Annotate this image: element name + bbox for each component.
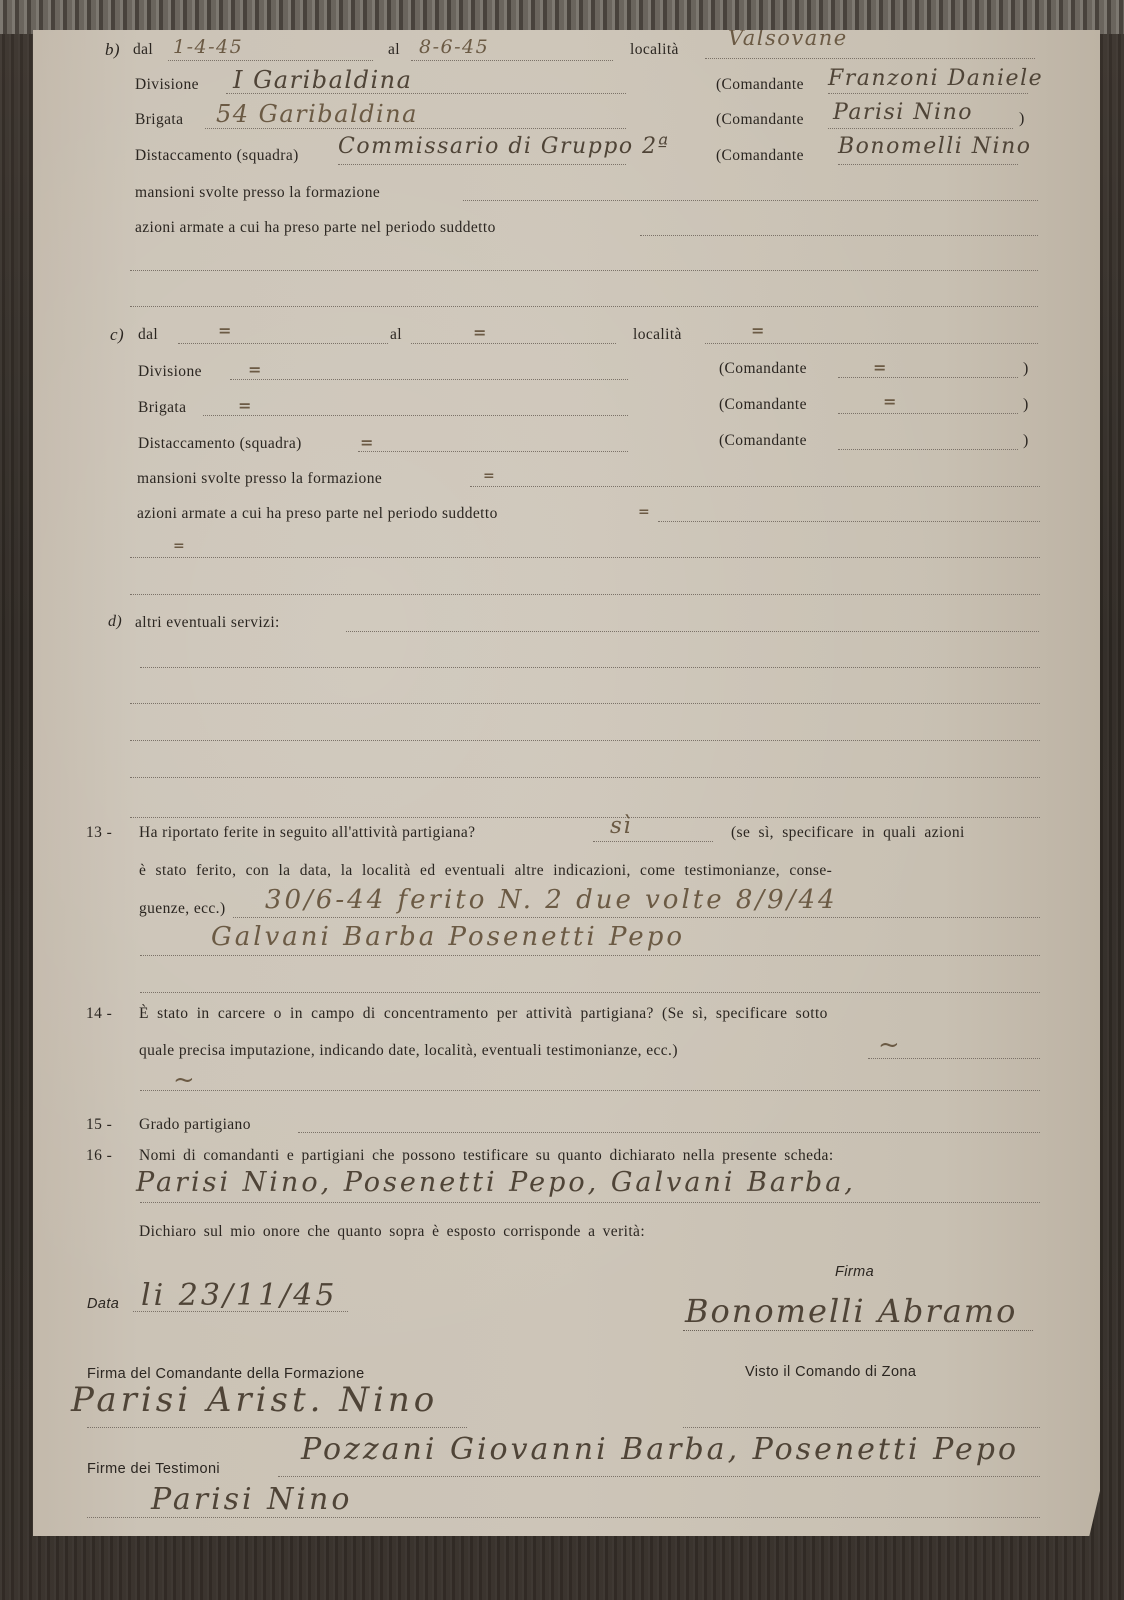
section-b-dal-label: dal [133,41,153,59]
q13-handwritten-line-1: 30/6-44 ferito N. 2 due volte 8/9/44 [265,885,838,915]
section-c-divisione-comandante-value: = [873,358,888,377]
section-d-line-6[interactable] [130,817,1040,818]
section-b-brigata-comandante-field[interactable] [828,128,1013,129]
section-b-distaccamento-label: Distaccamento (squadra) [135,147,299,165]
section-b-divisione-label: Divisione [135,76,199,94]
section-b-al-field[interactable] [411,60,613,61]
section-c-azioni-label: azioni armate a cui ha preso parte nel p… [137,505,498,523]
section-c-brigata-value: = [238,396,253,415]
closing-paren: ) [1019,110,1024,128]
section-c-divisione-label: Divisione [138,363,202,381]
section-b-marker: b) [105,40,120,60]
section-c-distaccamento-comandante-field[interactable] [838,449,1018,450]
section-b-distaccamento-field[interactable] [338,164,626,165]
section-b-dal-value: 1-4-45 [173,36,243,58]
visto-comando-zona-field[interactable] [683,1427,1040,1428]
q13-answer: sì [610,813,632,839]
q13-answer-field[interactable] [593,841,713,842]
section-c-distaccamento-value: = [360,433,375,452]
q13-question-line-2: è stato ferito, con la data, la località… [139,862,832,880]
section-c-azioni-field[interactable] [658,521,1040,522]
q13-handwritten-line-2: Galvani Barba Posenetti Pepo [211,922,685,952]
section-b-divisione-comandante-label: (Comandante [716,76,804,94]
section-c-brigata-comandante-value: = [883,392,898,411]
closing-paren: ) [1023,396,1028,414]
section-c-azioni-extra-value: = [173,538,186,554]
q14-number: 14 - [86,1005,112,1023]
section-c-distaccamento-comandante-label: (Comandante [719,432,807,450]
section-b-azioni-line-3[interactable] [130,306,1038,307]
section-b-distaccamento-comandante-field[interactable] [838,164,1018,165]
section-b-azioni-field[interactable] [640,235,1038,236]
section-b-brigata-comandante-value: Parisi Nino [833,100,973,125]
section-b-distaccamento-comandante-value: Bonomelli Nino [838,134,1032,159]
section-c-divisione-comandante-field[interactable] [838,377,1018,378]
section-c-localita-field[interactable] [705,343,1038,344]
data-value: li 23/11/45 [141,1278,337,1313]
section-c-localita-value: = [751,321,766,340]
section-b-distaccamento-comandante-label: (Comandante [716,147,804,165]
section-b-al-value: 8-6-45 [419,36,489,58]
section-c-brigata-comandante-field[interactable] [838,413,1018,414]
q13-details-line-2[interactable] [140,955,1040,956]
q13-details-line-3[interactable] [140,992,1040,993]
section-c-distaccamento-label: Distaccamento (squadra) [138,435,302,453]
firme-testimoni-field[interactable] [278,1476,1040,1477]
section-c-brigata-label: Brigata [138,399,186,417]
section-d-line-3[interactable] [130,703,1040,704]
q13-question-line-1: Ha riportato ferite in seguito all'attiv… [139,824,475,842]
section-c-brigata-field[interactable] [203,415,628,416]
section-c-dal-label: dal [138,326,158,344]
section-b-divisione-comandante-value: Franzoni Daniele [828,66,1043,91]
q14-answer-mark: ~ [878,1030,901,1060]
section-c-al-label: al [390,326,402,344]
section-b-azioni-label: azioni armate a cui ha preso parte nel p… [135,219,496,237]
section-c-dal-field[interactable] [178,343,388,344]
q15-number: 15 - [86,1116,112,1134]
section-c-azioni-value: = [638,504,651,520]
q13-question-line-3: guenze, ecc.) [139,900,226,918]
section-c-brigata-comandante-label: (Comandante [719,396,807,414]
section-d-field[interactable] [346,631,1039,632]
firma-comandante-signature: Parisi Arist. Nino [71,1380,438,1420]
q13-details-line-1[interactable] [233,917,1040,918]
section-c-divisione-comandante-label: (Comandante [719,360,807,378]
q16-handwritten-names: Parisi Nino, Posenetti Pepo, Galvani Bar… [136,1167,856,1198]
declaration-text: Dichiaro sul mio onore che quanto sopra … [139,1223,645,1241]
section-d-line-2[interactable] [140,667,1040,668]
section-b-brigata-field[interactable] [205,128,626,129]
visto-comando-zona-label: Visto il Comando di Zona [745,1364,916,1380]
q14-question-line-2: quale precisa imputazione, indicando dat… [139,1042,678,1060]
section-b-brigata-value: 54 Garibaldina [216,100,418,128]
section-c-marker: c) [110,325,124,345]
q15-label: Grado partigiano [139,1116,251,1134]
section-b-al-label: al [388,41,400,59]
q16-names-field[interactable] [140,1202,1040,1203]
section-b-localita-label: località [630,41,679,59]
q16-number: 16 - [86,1147,112,1165]
firma-comandante-field[interactable] [87,1427,467,1428]
firma-field[interactable] [683,1330,1033,1331]
section-c-azioni-line-2[interactable] [130,557,1040,558]
partisan-record-form-page: b) dal 1-4-45 al 8-6-45 località Valsova… [33,30,1100,1536]
q13-question-line-1-right: (se sì, specificare in quali azioni [731,824,965,842]
section-c-al-value: = [473,323,488,342]
firme-testimoni-line-2[interactable] [87,1517,1040,1518]
wooden-background-top [0,0,1124,34]
section-d-label: altri eventuali servizi: [135,614,280,632]
section-c-mansioni-value: = [483,468,496,484]
section-c-dal-value: = [218,321,233,340]
q16-label: Nomi di comandanti e partigiani che poss… [139,1147,834,1165]
firma-label: Firma [835,1264,874,1280]
section-b-localita-field[interactable] [705,58,1035,59]
section-d-line-5[interactable] [130,777,1040,778]
section-c-distaccamento-field[interactable] [358,451,628,452]
section-b-divisione-value: I Garibaldina [233,66,412,94]
q14-question-line-1: È stato in carcere o in campo di concent… [139,1005,828,1023]
data-label: Data [87,1296,119,1312]
section-b-mansioni-label: mansioni svolte presso la formazione [135,184,380,202]
section-c-al-field[interactable] [411,343,616,344]
section-d-marker: d) [108,613,122,631]
q14-details-line[interactable] [140,1090,1040,1091]
section-b-dal-field[interactable] [168,60,373,61]
section-c-localita-label: località [633,326,682,344]
section-c-mansioni-label: mansioni svolte presso la formazione [137,470,382,488]
firme-testimoni-label: Firme dei Testimoni [87,1461,220,1477]
section-b-mansioni-field[interactable] [463,200,1038,201]
q14-answer-mark-2: ~ [173,1065,196,1095]
closing-paren: ) [1023,360,1028,378]
closing-paren: ) [1023,432,1028,450]
section-b-divisione-comandante-field[interactable] [828,93,1028,94]
section-c-divisione-field[interactable] [230,379,628,380]
q13-number: 13 - [86,824,112,842]
firme-testimoni-signatures-2: Parisi Nino [151,1482,352,1517]
section-b-azioni-line-2[interactable] [130,270,1038,271]
q15-grado-field[interactable] [298,1132,1040,1133]
section-b-brigata-label: Brigata [135,111,183,129]
firma-signature: Bonomelli Abramo [685,1292,1017,1330]
section-c-mansioni-field[interactable] [470,486,1040,487]
section-b-brigata-comandante-label: (Comandante [716,111,804,129]
section-c-azioni-line-3[interactable] [130,594,1040,595]
section-d-line-4[interactable] [130,740,1040,741]
section-c-divisione-value: = [248,360,263,379]
firme-testimoni-signatures-1: Pozzani Giovanni Barba, Posenetti Pepo [301,1432,1019,1467]
section-b-distaccamento-value: Commissario di Gruppo 2ª [338,134,670,159]
